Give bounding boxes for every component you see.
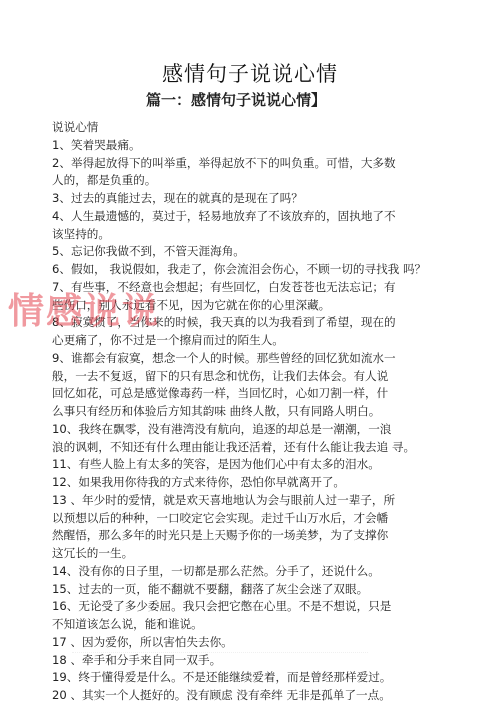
text-line: 10、我终在飘零，没有港湾没有航向，追逐的却总是一潮潮，一浪: [52, 421, 422, 439]
text-line: 浪的讽刺，不知还有什么理由能让我还活着，还有什么能让我去追 寻。: [52, 439, 422, 457]
text-line: 然醒悟，那么多年的时光只是上天赐予你的一场美梦，为了支撑你: [52, 527, 422, 545]
text-line: 8、寂寞惯了，当你来的时候，我天真的以为我看到了希望，现在的: [52, 314, 422, 332]
document-body: 说说心情 1、笑着哭最痛。 2、举得起放得下的叫举重，举得起放不下的叫负重。可惜…: [52, 119, 422, 705]
text-line: 2、举得起放得下的叫举重，举得起放不下的叫负重。可惜，大多数: [52, 155, 422, 173]
text-line: 些伤口，别人永远看不见，因为它就在你的心里深藏。: [52, 297, 422, 315]
text-line: 12、如果我用你待我的方式来待你，恐怕你早就离开了。: [52, 474, 422, 492]
text-line: 13 、年少时的爱情，就是欢天喜地地认为会与眼前人过一辈子，所: [52, 492, 422, 510]
text-line: 这冗长的一生。: [52, 545, 422, 563]
text-line: 1、笑着哭最痛。: [52, 137, 422, 155]
text-line: 17 、因为爱你，所以害怕失去你。: [52, 634, 422, 652]
text-line: 11、有些人脸上有太多的笑容，是因为他们心中有太多的泪水。: [52, 456, 422, 474]
document-title: 感情句子说说心情: [0, 61, 500, 87]
faint-divider: [72, 652, 368, 653]
text-line: 以预想以后的种种，一口咬定它会实现。走过千山万水后，才会幡: [52, 510, 422, 528]
text-line: 不知道该怎么说，能和谁说。: [52, 616, 422, 634]
section-heading: 说说心情: [52, 119, 422, 137]
text-line: 3、过去的真能过去，现在的就真的是现在了吗？: [52, 190, 422, 208]
text-line: 回忆如花，可总是感觉像毒药一样，当回忆时，心如刀割一样，什: [52, 385, 422, 403]
text-line: 人的，都是负重的。: [52, 172, 422, 190]
text-line: 14、没有你的日子里，一切都是那么茫然。分手了，还说什么。: [52, 563, 422, 581]
document-page: 感情句子说说心情 篇一：感情句子说说心情】 说说心情 1、笑着哭最痛。 2、举得…: [0, 0, 500, 708]
text-line: 16、无论受了多少委屈。我只会把它憋在心里。不是不想说，只是: [52, 598, 422, 616]
text-line: 9、谁都会有寂寞，想念一个人的时候。那些曾经的回忆犹如流水一: [52, 350, 422, 368]
text-line: 6、假如， 我说假如，我走了，你会流泪会伤心，不顾一切的寻找我 吗？: [52, 261, 422, 279]
document-subtitle: 篇一：感情句子说说心情】: [146, 90, 326, 110]
text-line: 该坚持的。: [52, 226, 422, 244]
text-line: 18 、牵手和分手来自同一双手。: [52, 652, 422, 670]
text-line: 心更痛了，你不过是一个擦肩而过的陌生人。: [52, 332, 422, 350]
text-line: 4、人生最遗憾的，莫过于，轻易地放弃了不该放弃的，固执地了不: [52, 208, 422, 226]
text-line: 15、过去的一页，能不翻就不要翻，翻落了灰尘会迷了双眼。: [52, 581, 422, 599]
text-line: 19、终于懂得爱是什么。不是还能继续爱着，而是曾经那样爱过。: [52, 669, 422, 687]
text-line: 5、忘记你我做不到，不管天涯海角。: [52, 243, 422, 261]
text-line: 般，一去不复返，留下的只有思念和忧伤，让我们去体会。有人说: [52, 368, 422, 386]
text-line: 20 、其实一个人挺好的。没有顾虑 没有牵绊 无非是孤单了一点。: [52, 687, 422, 705]
text-line: 么事只有经历和体验后方知其韵味 曲终人散，只有同路人明白。: [52, 403, 422, 421]
text-line: 7、有些事，不经意也会想起；有些回忆，白发苍苍也无法忘记；有: [52, 279, 422, 297]
